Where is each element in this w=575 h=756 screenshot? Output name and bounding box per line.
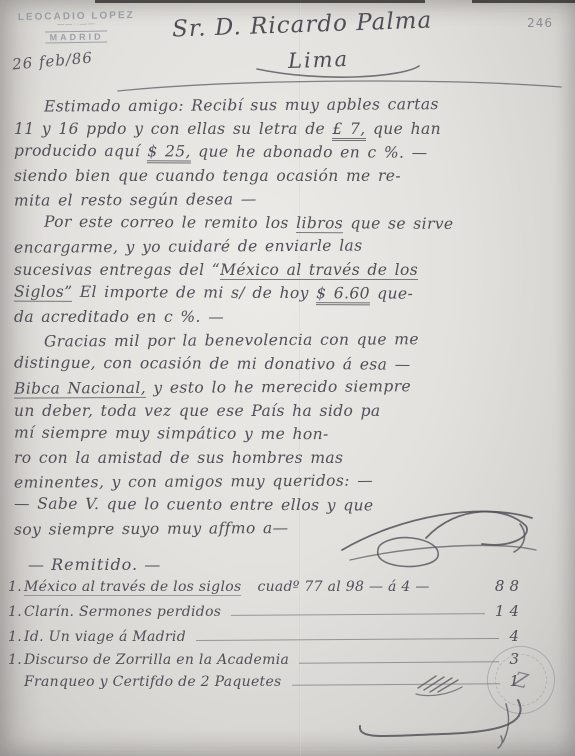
body-line: siendo bien que cuando tenga ocasión me … bbox=[14, 165, 562, 189]
text-segment: Por este correo le remito los bbox=[44, 212, 296, 231]
underlined-title: México al través de los bbox=[220, 261, 418, 280]
bottom-flourish bbox=[350, 694, 530, 752]
body-line: ro con la amistad de sus hombres mas bbox=[14, 447, 562, 471]
item-amount: 88 bbox=[495, 577, 524, 595]
scan-edge-shadow bbox=[95, 0, 425, 3]
manuscript-letter-page: LEOCADIO LOPEZ ——··—— MADRID 246 Sr. D. … bbox=[0, 0, 575, 756]
scan-edge-shadow bbox=[472, 0, 575, 3]
remitido-title: — Remitido. — bbox=[28, 555, 161, 574]
date-note: 26 feb/86 bbox=[11, 49, 93, 74]
body-line: Estimado amigo: Recibí sus muy apbles ca… bbox=[14, 92, 562, 119]
underlined-amount: $ 25, bbox=[147, 142, 191, 163]
body-line: Gracias mil por la benevolencia con que … bbox=[14, 327, 562, 354]
bookseller-stamp-city: MADRID bbox=[46, 30, 108, 43]
body-line: distingue, con ocasión de mi donativo á … bbox=[14, 351, 562, 377]
underlined-institution: Bibca Nacional, bbox=[14, 379, 146, 399]
body-line: 11 y 16 ppdo y con ellas su letra de £ 7… bbox=[14, 118, 562, 142]
remitido-row: 1. Clarín. Sermones perdidos 14 bbox=[8, 602, 524, 620]
body-line: Bibca Nacional, y esto lo he merecido si… bbox=[14, 374, 562, 401]
letter-body: Estimado amigo: Recibí sus muy apbles ca… bbox=[14, 94, 562, 541]
signature-rubric bbox=[330, 498, 542, 576]
text-segment: y esto lo he merecido siempre bbox=[146, 377, 411, 397]
text-segment: que han bbox=[366, 120, 441, 138]
recipient-name: Sr. D. Ricardo Palma bbox=[172, 7, 433, 42]
body-line: encargarme, y yo cuidaré de enviarle las bbox=[14, 233, 562, 260]
text-segment: sucesivas entregas del “ bbox=[14, 261, 220, 279]
item-desc: Discurso de Zorrilla en la Academia bbox=[24, 652, 289, 668]
text-segment: 11 y 16 ppdo y con ellas su letra de bbox=[14, 120, 332, 138]
item-qty: 1. bbox=[8, 579, 24, 595]
body-line: Siglos” El importe de mi s/ de hoy $ 6.6… bbox=[14, 281, 562, 307]
body-line: Por este correo le remito los libros que… bbox=[14, 210, 562, 236]
paraph-top-flourish bbox=[115, 78, 567, 94]
text-segment: que he abonado en c %. — bbox=[191, 142, 428, 161]
remitido-row: 1. México al través de los siglos cuadº … bbox=[8, 577, 524, 596]
underlined-amount: $ 6.60 bbox=[316, 284, 370, 305]
body-line: mita el resto según desea — bbox=[14, 186, 562, 213]
remitido-row: 1. Discurso de Zorrilla en la Academia 3 bbox=[8, 650, 524, 668]
item-qty: 1. bbox=[8, 652, 24, 668]
body-line: da acreditado en c %. — bbox=[14, 306, 562, 330]
body-line: mí siempre muy simpático y me hon- bbox=[14, 422, 562, 448]
row-leader-line bbox=[196, 637, 499, 640]
item-qty: 1. bbox=[8, 629, 24, 645]
row-leader-line bbox=[299, 661, 499, 663]
underlined-amount: £ 7, bbox=[332, 120, 365, 141]
text-segment: producido aquí bbox=[14, 142, 148, 161]
body-line: sucesivas entregas del “México al través… bbox=[14, 259, 562, 283]
item-amount: 4 bbox=[509, 627, 524, 645]
body-line: eminentes, y con amigos muy queridos: — bbox=[14, 468, 562, 495]
bookseller-stamp: LEOCADIO LOPEZ ——··—— MADRID bbox=[18, 10, 135, 46]
remitido-row: 1. Id. Un viage á Madrid 4 bbox=[8, 627, 524, 645]
text-segment: que se sirve bbox=[343, 214, 454, 233]
underlined-word: libros bbox=[296, 214, 343, 233]
item-qty: 1. bbox=[8, 604, 24, 620]
item-desc: Id. Un viage á Madrid bbox=[24, 629, 186, 645]
text-segment: El importe de mi s/ de hoy bbox=[72, 283, 316, 302]
text-segment: que- bbox=[370, 284, 413, 302]
item-desc: Franqueo y Certifdo de 2 Paquetes bbox=[24, 674, 282, 690]
item-amount: 14 bbox=[495, 602, 524, 620]
body-line: producido aquí $ 25, que he abonado en c… bbox=[14, 140, 562, 166]
page-number: 246 bbox=[527, 16, 553, 30]
body-line: un deber, toda vez que ese País ha sido … bbox=[14, 400, 562, 424]
row-leader-line bbox=[231, 613, 485, 616]
underlined-title: Siglos” bbox=[14, 283, 73, 302]
item-desc: México al través de los siglos bbox=[24, 579, 241, 596]
item-desc: Clarín. Sermones perdidos bbox=[24, 604, 221, 620]
item-detail: cuadº 77 al 98 — á 4 — bbox=[257, 579, 429, 595]
